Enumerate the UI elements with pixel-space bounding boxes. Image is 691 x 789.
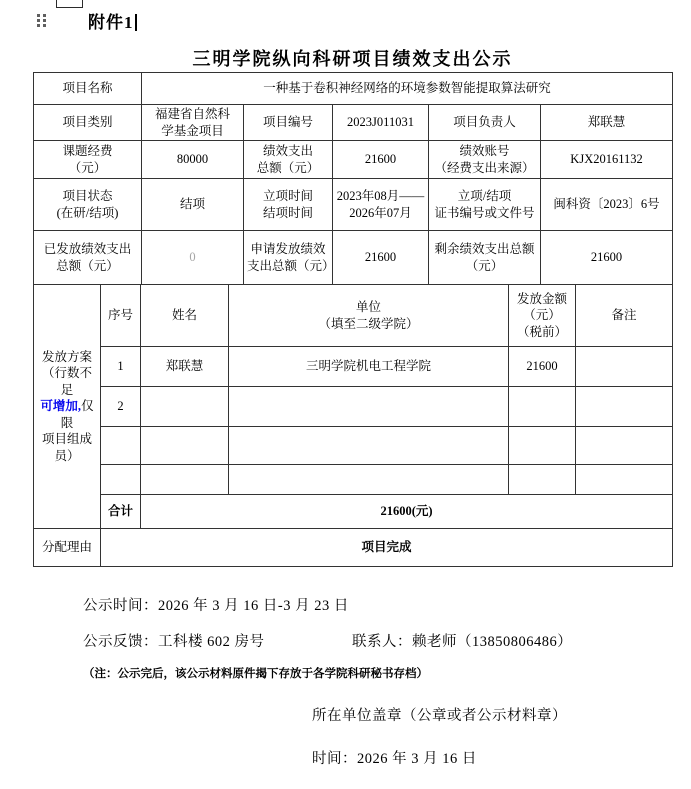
header-amount: 发放金额 （元） （税前） xyxy=(509,285,576,347)
plan-label-highlight: 可增加, xyxy=(40,399,81,413)
header-note: 备注 xyxy=(576,285,673,347)
dates-label: 立项时间 结项时间 xyxy=(244,179,333,231)
attachment-label-text: 附件1 xyxy=(88,13,134,32)
cert-label: 立项/结项 证书编号或文件号 xyxy=(429,179,541,231)
status-label: 项目状态 (在研/结项) xyxy=(34,179,142,231)
plan-row2-amount[interactable] xyxy=(509,387,576,427)
plan-row xyxy=(34,427,673,465)
plan-row4-unit[interactable] xyxy=(229,465,509,495)
remain-value: 21600 xyxy=(541,231,673,285)
clipped-box xyxy=(56,0,83,8)
distribution-plan-table: 发放方案 （行数不足 可增加,仅限 项目组成员） 序号 姓名 单位 （填至二级学… xyxy=(33,284,673,567)
plan-row2-note[interactable] xyxy=(576,387,673,427)
plan-row2-seq: 2 xyxy=(101,387,141,427)
account-value: KJX20161132 xyxy=(541,141,673,179)
plan-row1-name: 郑联慧 xyxy=(141,347,229,387)
plan-row1-unit: 三明学院机电工程学院 xyxy=(229,347,509,387)
plan-section-label: 发放方案 （行数不足 可增加,仅限 项目组成员） xyxy=(34,285,101,529)
plan-row2-name[interactable] xyxy=(141,387,229,427)
plan-row: 2 xyxy=(34,387,673,427)
plan-row3-note[interactable] xyxy=(576,427,673,465)
plan-row1-amount: 21600 xyxy=(509,347,576,387)
account-label: 绩效账号 （经费支出来源） xyxy=(429,141,541,179)
project-number-label: 项目编号 xyxy=(244,105,333,141)
reason-label: 分配理由 xyxy=(34,529,101,567)
total-label: 合计 xyxy=(101,495,141,529)
feedback-line: 公示反馈：工科楼 602 房号 联系人：赖老师（13850806486） xyxy=(83,630,683,651)
apply-value: 21600 xyxy=(333,231,429,285)
perf-total-value: 21600 xyxy=(333,141,429,179)
project-name-value: 一种基于卷积神经网络的环境参数智能提取算法研究 xyxy=(142,73,673,105)
apply-label: 申请发放绩效 支出总额（元） xyxy=(244,231,333,285)
plan-row1-seq: 1 xyxy=(101,347,141,387)
leader-value: 郑联慧 xyxy=(541,105,673,141)
total-value: 21600(元) xyxy=(141,495,673,529)
plan-row3-name[interactable] xyxy=(141,427,229,465)
plan-row4-note[interactable] xyxy=(576,465,673,495)
budget-value: 80000 xyxy=(142,141,244,179)
attachment-label[interactable]: 附件1 xyxy=(88,8,137,33)
project-info-table: 项目名称 一种基于卷积神经网络的环境参数智能提取算法研究 项目类别 福建省自然科… xyxy=(33,72,673,285)
plan-label-pre: 发放方案 （行数不足 xyxy=(42,350,92,397)
drag-handle-icon[interactable] xyxy=(37,14,46,28)
plan-row: 1 郑联慧 三明学院机电工程学院 21600 xyxy=(34,347,673,387)
project-name-label: 项目名称 xyxy=(34,73,142,105)
publicity-time-line: 公示时间：2026 年 3 月 16 日-3 月 23 日 xyxy=(83,594,349,615)
text-caret xyxy=(135,14,137,31)
header-unit: 单位 （填至二级学院） xyxy=(229,285,509,347)
archive-note: （注：公示完后，该公示材料原件揭下存放于各学院科研秘书存档） xyxy=(83,665,428,681)
plan-row3-amount[interactable] xyxy=(509,427,576,465)
feedback-text: 公示反馈：工科楼 602 房号 xyxy=(83,634,265,650)
cert-value: 闽科资〔2023〕6号 xyxy=(541,179,673,231)
leader-label: 项目负责人 xyxy=(429,105,541,141)
plan-row3-unit[interactable] xyxy=(229,427,509,465)
page-title: 三明学院纵向科研项目绩效支出公示 xyxy=(33,45,672,71)
reason-value: 项目完成 xyxy=(101,529,673,567)
plan-row1-note[interactable] xyxy=(576,347,673,387)
contact-text: 联系人：赖老师（13850806486） xyxy=(352,630,572,651)
header-seq: 序号 xyxy=(101,285,141,347)
budget-label: 课题经费 （元） xyxy=(34,141,142,179)
plan-row xyxy=(34,465,673,495)
plan-row3-seq[interactable] xyxy=(101,427,141,465)
stamp-line: 所在单位盖章（公章或者公示材料章） xyxy=(312,704,567,725)
project-number-value: 2023J011031 xyxy=(333,105,429,141)
header-name: 姓名 xyxy=(141,285,229,347)
status-value: 结项 xyxy=(142,179,244,231)
plan-row4-name[interactable] xyxy=(141,465,229,495)
category-label: 项目类别 xyxy=(34,105,142,141)
dates-value: 2023年08月—— 2026年07月 xyxy=(333,179,429,231)
document-page: 附件1 三明学院纵向科研项目绩效支出公示 项目名称 一种基于卷积神经网络的环境参… xyxy=(0,0,691,789)
category-value: 福建省自然科 学基金项目 xyxy=(142,105,244,141)
plan-row4-seq[interactable] xyxy=(101,465,141,495)
remain-label: 剩余绩效支出总额 （元） xyxy=(429,231,541,285)
date-line: 时间：2026 年 3 月 16 日 xyxy=(312,747,477,768)
plan-row2-unit[interactable] xyxy=(229,387,509,427)
perf-total-label: 绩效支出 总额（元） xyxy=(244,141,333,179)
paid-value: 0 xyxy=(142,231,244,285)
plan-row4-amount[interactable] xyxy=(509,465,576,495)
paid-label: 已发放绩效支出 总额（元） xyxy=(34,231,142,285)
